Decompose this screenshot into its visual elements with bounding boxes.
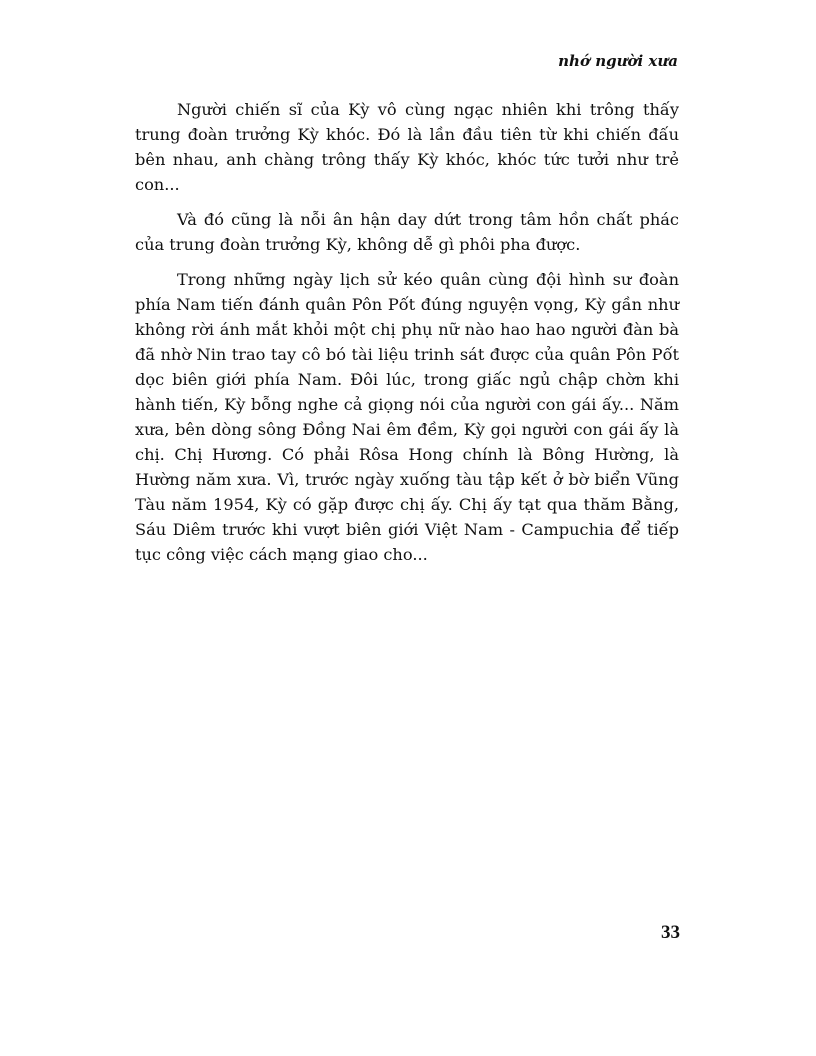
page-number: 33 — [661, 922, 680, 944]
paragraph-1: Người chiến sĩ của Kỳ vô cùng ngạc nhiên… — [135, 97, 679, 197]
paragraph-3: Trong những ngày lịch sử kéo quân cùng đ… — [135, 267, 679, 567]
paragraph-2: Và đó cũng là nỗi ân hận day dứt trong t… — [135, 207, 679, 257]
book-page: nhớ người xưa Người chiến sĩ của Kỳ vô c… — [0, 0, 816, 1056]
body-text: Người chiến sĩ của Kỳ vô cùng ngạc nhiên… — [135, 97, 679, 577]
running-header: nhớ người xưa — [558, 52, 678, 70]
